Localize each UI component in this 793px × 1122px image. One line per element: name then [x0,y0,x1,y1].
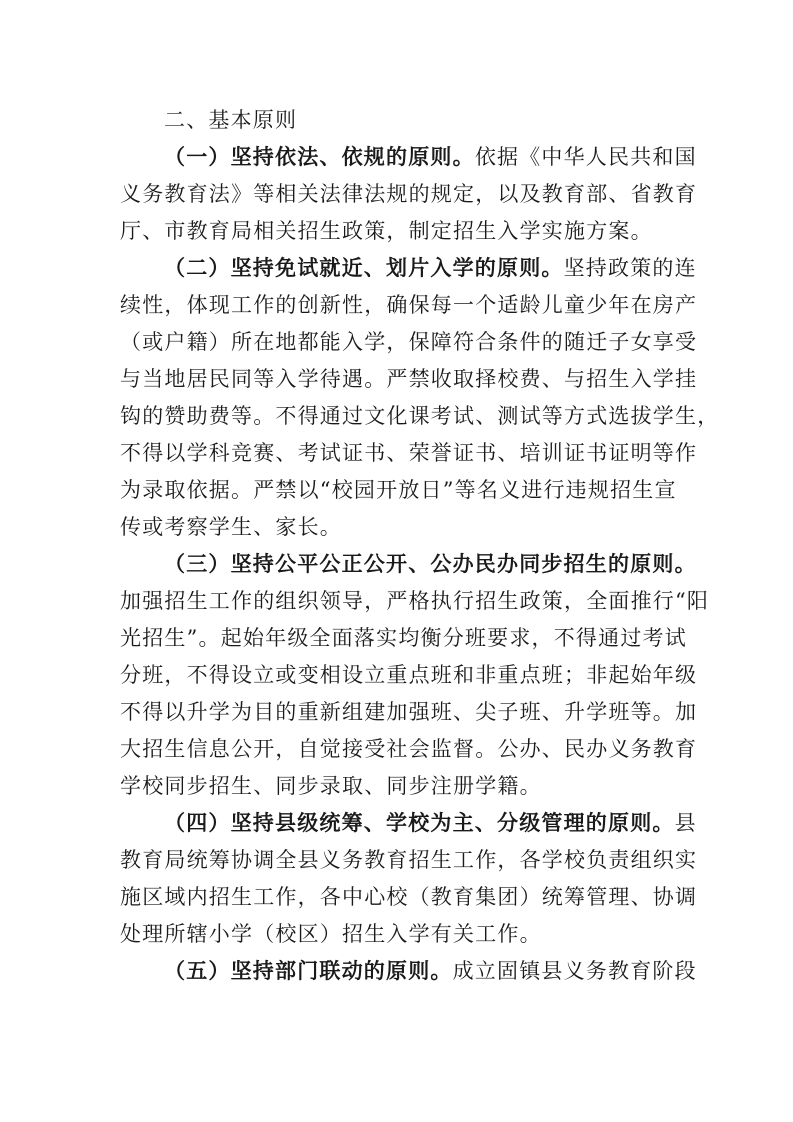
paragraph-line: 分班，不得设立或变相设立重点班和非重点班；非起始年级 [120,657,676,694]
paragraph-line: 与当地居民同等入学待遇。严禁收取择校费、与招生入学挂 [120,361,676,398]
paragraph-text: 依据《中华人民共和国 [475,145,697,169]
paragraph-text: 处理所辖小学（校区）招生入学有关工作。 [120,922,542,946]
paragraph-text: 为录取依据。严禁以“校园开放日”等名义进行违规招生宣 [120,478,677,502]
paragraph-text: 钩的赞助费等。不得通过文化课考试、测试等方式选拔学生， [120,404,719,428]
principle-title: （五）坚持部门联动的原则。 [164,959,453,983]
paragraph-line: 不得以学科竞赛、考试证书、荣誉证书、培训证书证明等作 [120,435,676,472]
paragraph-text: 加强招生工作的组织领导，严格执行招生政策，全面推行“阳 [120,589,709,613]
paragraph-text: 分班，不得设立或变相设立重点班和非重点班；非起始年级 [120,663,697,687]
paragraph-line: 传或考察学生、家长。 [120,509,676,546]
principle-title: （一）坚持依法、依规的原则。 [164,145,475,169]
principle-title: （四）坚持县级统筹、学校为主、分级管理的原则。 [164,811,675,835]
paragraph-text: 传或考察学生、家长。 [120,515,342,539]
paragraph-line: 光招生”。起始年级全面落实均衡分班要求，不得通过考试 [120,620,676,657]
paragraph-text: 坚持政策的连 [564,256,697,280]
principle-title: （二）坚持免试就近、划片入学的原则。 [164,256,564,280]
paragraph-text: 不得以学科竞赛、考试证书、荣誉证书、培训证书证明等作 [120,441,697,465]
paragraph-line: 学校同步招生、同步录取、同步注册学籍。 [120,768,676,805]
paragraph-text: 县 [675,811,697,835]
paragraph-line: 处理所辖小学（校区）招生入学有关工作。 [120,916,676,953]
paragraph-text: 与当地居民同等入学待遇。严禁收取择校费、与招生入学挂 [120,367,697,391]
paragraph-line: 施区域内招生工作，各中心校（教育集团）统筹管理、协调 [120,879,676,916]
paragraph-line: （五）坚持部门联动的原则。成立固镇县义务教育阶段 [120,953,676,990]
paragraph-text: 不得以升学为目的重新组建加强班、尖子班、升学班等。加 [120,700,697,724]
paragraph-line: 钩的赞助费等。不得通过文化课考试、测试等方式选拔学生， [120,398,676,435]
paragraph-text: 施区域内招生工作，各中心校（教育集团）统筹管理、协调 [120,885,697,909]
paragraph-text: 教育局统筹协调全县义务教育招生工作，各学校负责组织实 [120,848,697,872]
paragraph-line: 加强招生工作的组织领导，严格执行招生政策，全面推行“阳 [120,583,676,620]
paragraph-line: （或户籍）所在地都能入学，保障符合条件的随迁子女享受 [120,324,676,361]
paragraph-text: （或户籍）所在地都能入学，保障符合条件的随迁子女享受 [120,330,697,354]
paragraph-line: 续性，体现工作的创新性，确保每一个适龄儿童少年在房产 [120,287,676,324]
paragraph-text: 大招生信息公开，自觉接受社会监督。公办、民办义务教育 [120,737,697,761]
document-page: 二、基本原则 （一）坚持依法、依规的原则。依据《中华人民共和国义务教育法》等相关… [120,102,676,990]
paragraph-line: 义务教育法》等相关法律法规的规定，以及教育部、省教育 [120,176,676,213]
paragraph-text: 义务教育法》等相关法律法规的规定，以及教育部、省教育 [120,182,697,206]
paragraph-text: 光招生”。起始年级全面落实均衡分班要求，不得通过考试 [120,626,687,650]
paragraph-line: （二）坚持免试就近、划片入学的原则。坚持政策的连 [120,250,676,287]
paragraph-text: 厅、市教育局相关招生政策，制定招生入学实施方案。 [120,219,653,243]
paragraph-line: 为录取依据。严禁以“校园开放日”等名义进行违规招生宣 [120,472,676,509]
section-heading: 二、基本原则 [120,102,676,139]
paragraph-line: （一）坚持依法、依规的原则。依据《中华人民共和国 [120,139,676,176]
principle-title: （三）坚持公平公正公开、公办民办同步招生的原则。 [164,552,697,576]
paragraph-line: 教育局统筹协调全县义务教育招生工作，各学校负责组织实 [120,842,676,879]
paragraph-text: 续性，体现工作的创新性，确保每一个适龄儿童少年在房产 [120,293,697,317]
paragraph-text: 学校同步招生、同步录取、同步注册学籍。 [120,774,542,798]
paragraph-text: 成立固镇县义务教育阶段 [453,959,697,983]
paragraph-line: 厅、市教育局相关招生政策，制定招生入学实施方案。 [120,213,676,250]
paragraph-line: （三）坚持公平公正公开、公办民办同步招生的原则。 [120,546,676,583]
paragraph-line: 大招生信息公开，自觉接受社会监督。公办、民办义务教育 [120,731,676,768]
paragraph-line: （四）坚持县级统筹、学校为主、分级管理的原则。县 [120,805,676,842]
paragraph-line: 不得以升学为目的重新组建加强班、尖子班、升学班等。加 [120,694,676,731]
document-body: （一）坚持依法、依规的原则。依据《中华人民共和国义务教育法》等相关法律法规的规定… [120,139,676,990]
